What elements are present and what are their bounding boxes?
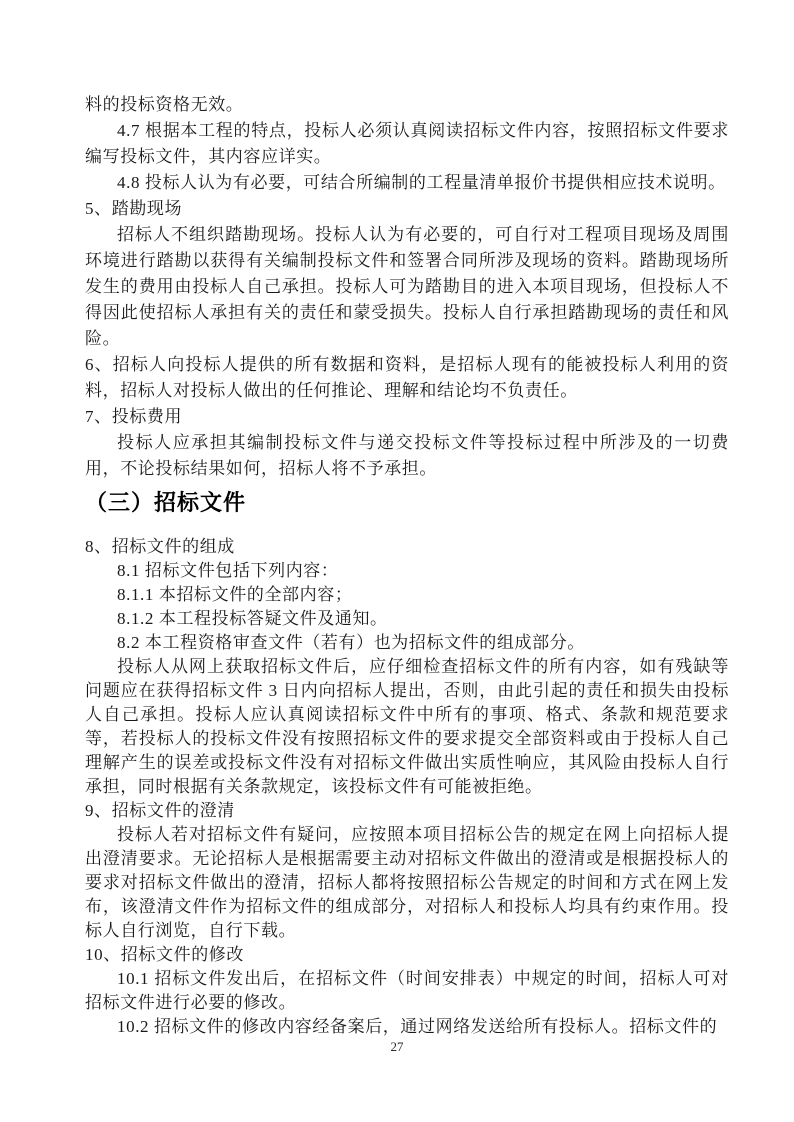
para-document-check: 投标人从网上获取招标文件后，应仔细检查招标文件的所有内容，如有残缺等问题应在获得… — [85, 655, 729, 799]
para-clarification: 投标人若对招标文件有疑问，应按照本项目招标公告的规定在网上向招标人提出澄清要求。… — [85, 823, 729, 943]
clause-4-7: 4.7 根据本工程的特点，投标人必须认真阅读招标文件内容，按照招标文件要求编写投… — [85, 118, 729, 170]
clause-10-2: 10.2 招标文件的修改内容经备案后，通过网络发送给所有投标人。招标文件的 — [85, 1015, 729, 1039]
page-number: 27 — [0, 1038, 794, 1056]
item-7-bid-cost-title: 7、投标费用 — [85, 404, 729, 430]
clause-8-2: 8.2 本工程资格审查文件（若有）也为招标文件的组成部分。 — [85, 631, 729, 655]
item-9-clarification-title: 9、招标文件的澄清 — [85, 799, 729, 823]
clause-8-1-2: 8.1.2 本工程投标答疑文件及通知。 — [85, 607, 729, 631]
section-tender-documents: 8、招标文件的组成 8.1 招标文件包括下列内容： 8.1.1 本招标文件的全部… — [85, 535, 729, 1039]
item-8-composition-title: 8、招标文件的组成 — [85, 535, 729, 559]
item-6-data-disclaimer: 6、招标人向投标人提供的所有数据和资料，是招标人现有的能被投标人利用的资料，招标… — [85, 352, 729, 404]
section-heading-tender-documents: （三）招标文件 — [85, 488, 729, 518]
item-10-modification-title: 10、招标文件的修改 — [85, 943, 729, 967]
clause-10-1: 10.1 招标文件发出后，在招标文件（时间安排表）中规定的时间，招标人可对招标文… — [85, 967, 729, 1015]
clause-8-1: 8.1 招标文件包括下列内容： — [85, 559, 729, 583]
clause-4-8: 4.8 投标人认为有必要，可结合所编制的工程量清单报价书提供相应技术说明。 — [85, 170, 729, 196]
item-5-site-visit-title: 5、踏勘现场 — [85, 196, 729, 222]
clause-8-1-1: 8.1.1 本招标文件的全部内容； — [85, 583, 729, 607]
para-site-visit: 招标人不组织踏勘现场。投标人认为有必要的，可自行对工程项目现场及周围环境进行踏勘… — [85, 222, 729, 352]
clause-continuation: 料的投标资格无效。 — [85, 92, 729, 118]
section-bidding-instructions: 料的投标资格无效。 4.7 根据本工程的特点，投标人必须认真阅读招标文件内容，按… — [85, 92, 729, 482]
document-page: 料的投标资格无效。 4.7 根据本工程的特点，投标人必须认真阅读招标文件内容，按… — [0, 0, 794, 1122]
para-bid-cost: 投标人应承担其编制投标文件与递交投标文件等投标过程中所涉及的一切费用，不论投标结… — [85, 430, 729, 482]
